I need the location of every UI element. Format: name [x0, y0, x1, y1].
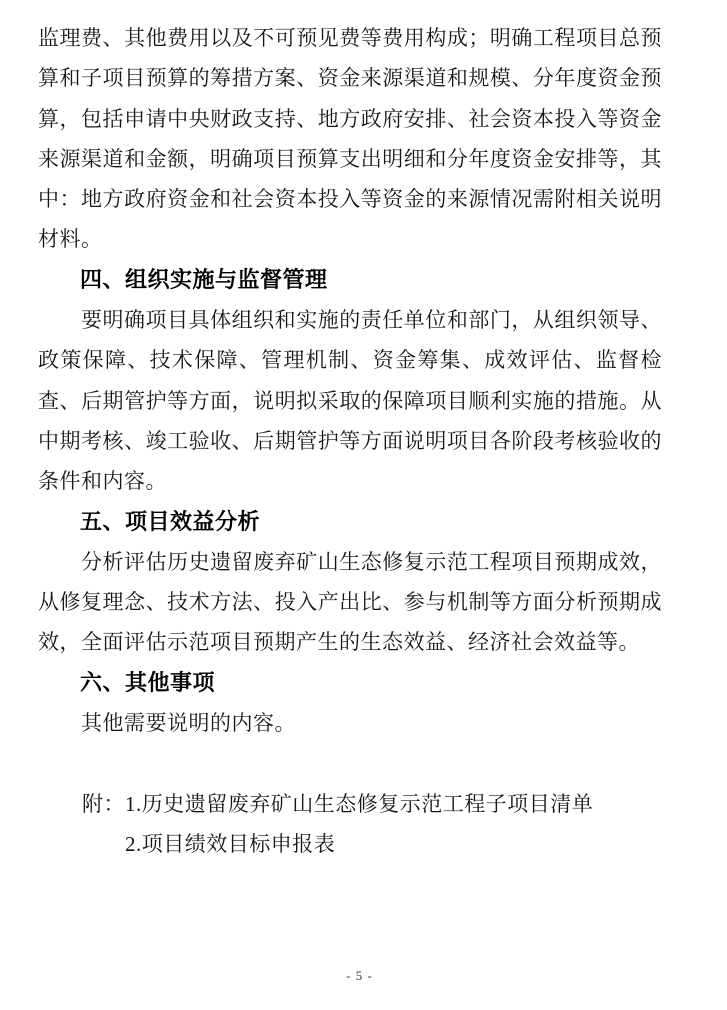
section-body-6: 其他需要说明的内容。: [38, 703, 662, 743]
attachments-label: 附：: [82, 784, 125, 824]
attachments-list: 1.历史遗留废弃矿山生态修复示范工程子项目清单 2.项目绩效目标申报表: [125, 784, 662, 865]
section-heading-6: 六、其他事项: [80, 663, 662, 703]
attachment-item-2: 2.项目绩效目标申报表: [125, 824, 662, 864]
continuation-paragraph: 监理费、其他费用以及不可预见费等费用构成；明确工程项目总预算和子项目预算的筹措方…: [38, 18, 662, 260]
section-heading-4: 四、组织实施与监督管理: [80, 260, 662, 300]
page-number: - 5 -: [0, 968, 719, 984]
document-content: 监理费、其他费用以及不可预见费等费用构成；明确工程项目总预算和子项目预算的筹措方…: [0, 0, 727, 864]
section-body-4: 要明确项目具体组织和实施的责任单位和部门，从组织领导、政策保障、技术保障、管理机…: [38, 300, 662, 501]
attachment-item-1: 1.历史遗留废弃矿山生态修复示范工程子项目清单: [125, 784, 662, 824]
section-body-5: 分析评估历史遗留废弃矿山生态修复示范工程项目预期成效，从修复理念、技术方法、投入…: [38, 542, 662, 663]
attachments-block: 附： 1.历史遗留废弃矿山生态修复示范工程子项目清单 2.项目绩效目标申报表: [82, 784, 662, 865]
section-heading-5: 五、项目效益分析: [80, 502, 662, 542]
document-page: 监理费、其他费用以及不可预见费等费用构成；明确工程项目总预算和子项目预算的筹措方…: [0, 0, 727, 1010]
